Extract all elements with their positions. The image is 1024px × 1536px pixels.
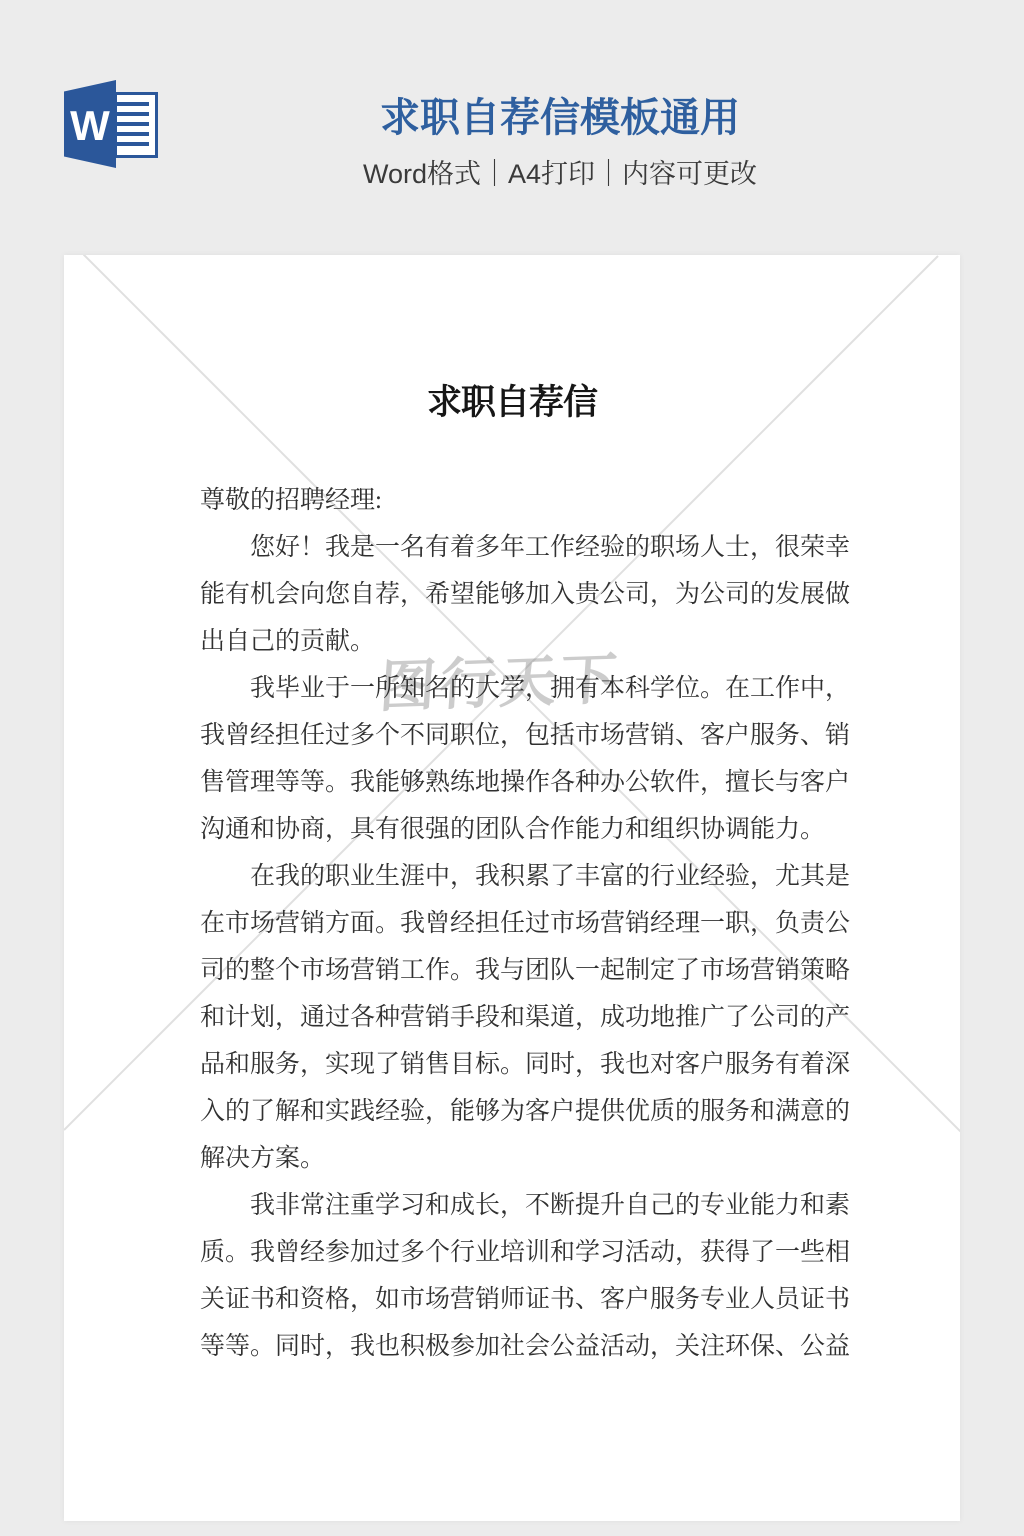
doc-line: 司的整个市场营销工作。我与团队一起制定了市场营销策略	[200, 947, 860, 994]
doc-line: 我毕业于一所知名的大学，拥有本科学位。在工作中，	[200, 665, 860, 712]
doc-line: 沟通和协商，具有很强的团队合作能力和组织协调能力。	[200, 806, 860, 853]
doc-line: 售管理等等。我能够熟练地操作各种办公软件，擅长与客户	[200, 759, 860, 806]
doc-line: 您好！我是一名有着多年工作经验的职场人士，很荣幸	[200, 524, 860, 571]
screenshot-canvas: W 求职自荐信模板通用 Word格式｜A4打印｜内容可更改 图行天下 求职自荐信…	[0, 0, 1024, 1536]
doc-line: 能有机会向您自荐，希望能够加入贵公司，为公司的发展做	[200, 571, 860, 618]
header: 求职自荐信模板通用 Word格式｜A4打印｜内容可更改	[96, 96, 1024, 189]
doc-line: 和计划，通过各种营销手段和渠道，成功地推广了公司的产	[200, 994, 860, 1041]
doc-line: 关证书和资格，如市场营销师证书、客户服务专业人员证书	[200, 1276, 860, 1323]
doc-line: 品和服务，实现了销售目标。同时，我也对客户服务有着深	[200, 1041, 860, 1088]
doc-line: 解决方案。	[200, 1135, 860, 1182]
doc-line: 质。我曾经参加过多个行业培训和学习活动，获得了一些相	[200, 1229, 860, 1276]
doc-body: 尊敬的招聘经理: 您好！我是一名有着多年工作经验的职场人士，很荣幸能有机会向您自…	[200, 477, 860, 1370]
doc-line: 我曾经担任过多个不同职位，包括市场营销、客户服务、销	[200, 712, 860, 759]
doc-line: 我非常注重学习和成长，不断提升自己的专业能力和素	[200, 1182, 860, 1229]
page-subtitle: Word格式｜A4打印｜内容可更改	[96, 159, 1024, 189]
doc-line: 在市场营销方面。我曾经担任过市场营销经理一职，负责公	[200, 900, 860, 947]
doc-line: 在我的职业生涯中，我积累了丰富的行业经验，尤其是	[200, 853, 860, 900]
salutation-line: 尊敬的招聘经理:	[200, 477, 860, 524]
page-title: 求职自荐信模板通用	[96, 96, 1024, 140]
doc-line: 等等。同时，我也积极参加社会公益活动，关注环保、公益	[200, 1323, 860, 1370]
document-page: 图行天下 求职自荐信 尊敬的招聘经理: 您好！我是一名有着多年工作经验的职场人士…	[64, 255, 960, 1521]
doc-line: 出自己的贡献。	[200, 618, 860, 665]
document-title: 求职自荐信	[64, 381, 960, 425]
doc-line: 入的了解和实践经验，能够为客户提供优质的服务和满意的	[200, 1088, 860, 1135]
